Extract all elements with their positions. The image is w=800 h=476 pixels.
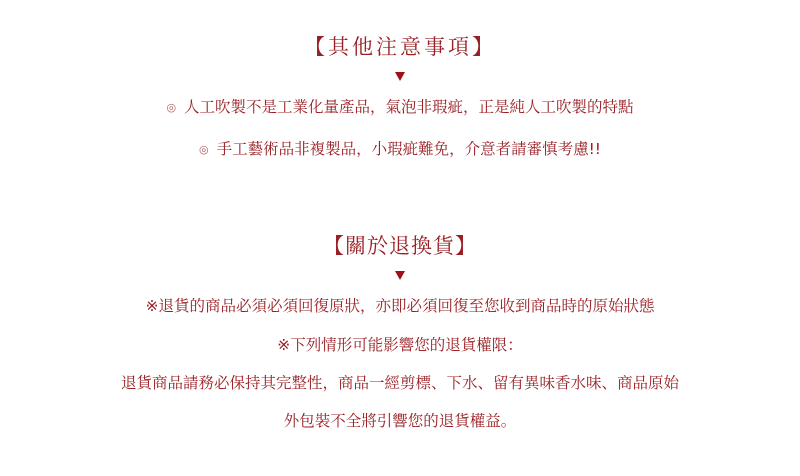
returns-line: ※退貨的商品必須必須回復原狀，亦即必須回復至您收到商品時的原始狀態 <box>0 296 800 316</box>
returns-section: 【關於退換貨】 ※退貨的商品必須必須回復原狀，亦即必須回復至您收到商品時的原始狀… <box>0 232 800 431</box>
arrow-wrap <box>0 69 800 83</box>
returns-line: ※下列情形可能影響您的退貨權限： <box>0 335 800 355</box>
note-item: ◎手工藝術品非複製品，小瑕疵難免，介意者請審慎考慮!! <box>0 139 800 160</box>
bullet-icon: ◎ <box>199 140 209 160</box>
note-item: ◎人工吹製不是工業化量產品，氣泡非瑕疵，正是純人工吹製的特點 <box>0 97 800 118</box>
other-notes-section: 【其他注意事項】 ◎人工吹製不是工業化量產品，氣泡非瑕疵，正是純人工吹製的特點 … <box>0 33 800 160</box>
down-arrow-icon <box>395 271 405 280</box>
note-text: 手工藝術品非複製品，小瑕疵難免，介意者請審慎考慮!! <box>217 140 601 158</box>
returns-heading: 【關於退換貨】 <box>0 232 800 260</box>
arrow-wrap <box>0 268 800 282</box>
note-text: 人工吹製不是工業化量產品，氣泡非瑕疵，正是純人工吹製的特點 <box>184 98 634 116</box>
down-arrow-icon <box>395 72 405 81</box>
returns-line: 外包裝不全將引響您的退貨權益。 <box>0 411 800 431</box>
returns-line: 退貨商品請務必保持其完整性，商品一經剪標、下水、留有異味香水味、商品原始 <box>0 373 800 393</box>
bullet-icon: ◎ <box>166 98 176 118</box>
other-notes-heading: 【其他注意事項】 <box>0 33 800 61</box>
